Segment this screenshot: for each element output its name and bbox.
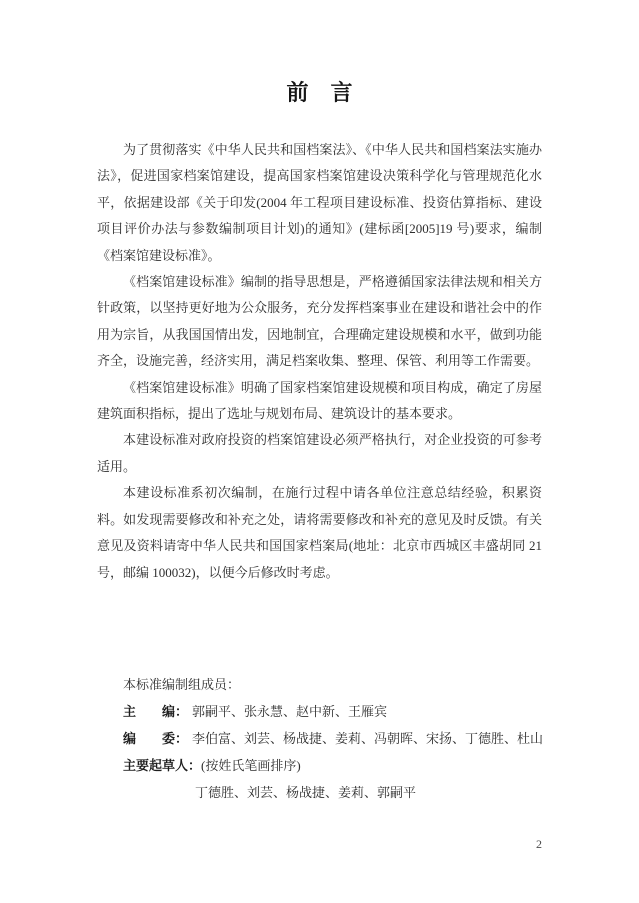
document-page: 前 言 为了贯彻落实《中华人民共和国档案法》、《中华人民共和国档案法实施办法》，…: [0, 0, 639, 903]
paragraph-4: 本建设标准对政府投资的档案馆建设必须严格执行，对企业投资的可参考适用。: [97, 427, 542, 480]
drafters-names-line: 丁德胜、刘芸、杨战捷、姜莉、郭嗣平: [123, 779, 593, 806]
committee-names: 李伯富、刘芸、杨战捷、姜莉、冯朝晖、宋扬、丁德胜、杜山: [192, 731, 543, 746]
preface-body: 为了贯彻落实《中华人民共和国档案法》、《中华人民共和国档案法实施办法》，促进国家…: [97, 137, 542, 586]
committee-label: 编 委：: [123, 731, 188, 746]
page-title: 前 言: [0, 76, 639, 107]
chief-editor-label: 主 编：: [123, 704, 188, 719]
members-heading: 本标准编制组成员：: [123, 671, 593, 698]
paragraph-5: 本建设标准系初次编制，在施行过程中请各单位注意总结经验，积累资料。如发现需要修改…: [97, 480, 542, 586]
member-row-chief-editor: 主 编：郭嗣平、张永慧、赵中新、王雁宾: [123, 698, 593, 725]
drafters-sort-note: (按姓氏笔画排序): [201, 758, 301, 773]
paragraph-1: 为了贯彻落实《中华人民共和国档案法》、《中华人民共和国档案法实施办法》，促进国家…: [97, 137, 542, 269]
page-number: 2: [536, 837, 542, 852]
paragraph-2: 《档案馆建设标准》编制的指导思想是，严格遵循国家法律法规和相关方针政策，以坚持更…: [97, 269, 542, 375]
member-row-committee: 编 委：李伯富、刘芸、杨战捷、姜莉、冯朝晖、宋扬、丁德胜、杜山: [123, 725, 593, 752]
paragraph-3: 《档案馆建设标准》明确了国家档案馆建设规模和项目构成，确定了房屋建筑面积指标，提…: [97, 375, 542, 428]
chief-editor-names: 郭嗣平、张永慧、赵中新、王雁宾: [192, 704, 387, 719]
member-row-drafters-label: 主要起草人：(按姓氏笔画排序): [123, 752, 593, 779]
members-section: 本标准编制组成员： 主 编：郭嗣平、张永慧、赵中新、王雁宾 编 委：李伯富、刘芸…: [123, 671, 593, 806]
drafters-label: 主要起草人：: [123, 758, 201, 773]
